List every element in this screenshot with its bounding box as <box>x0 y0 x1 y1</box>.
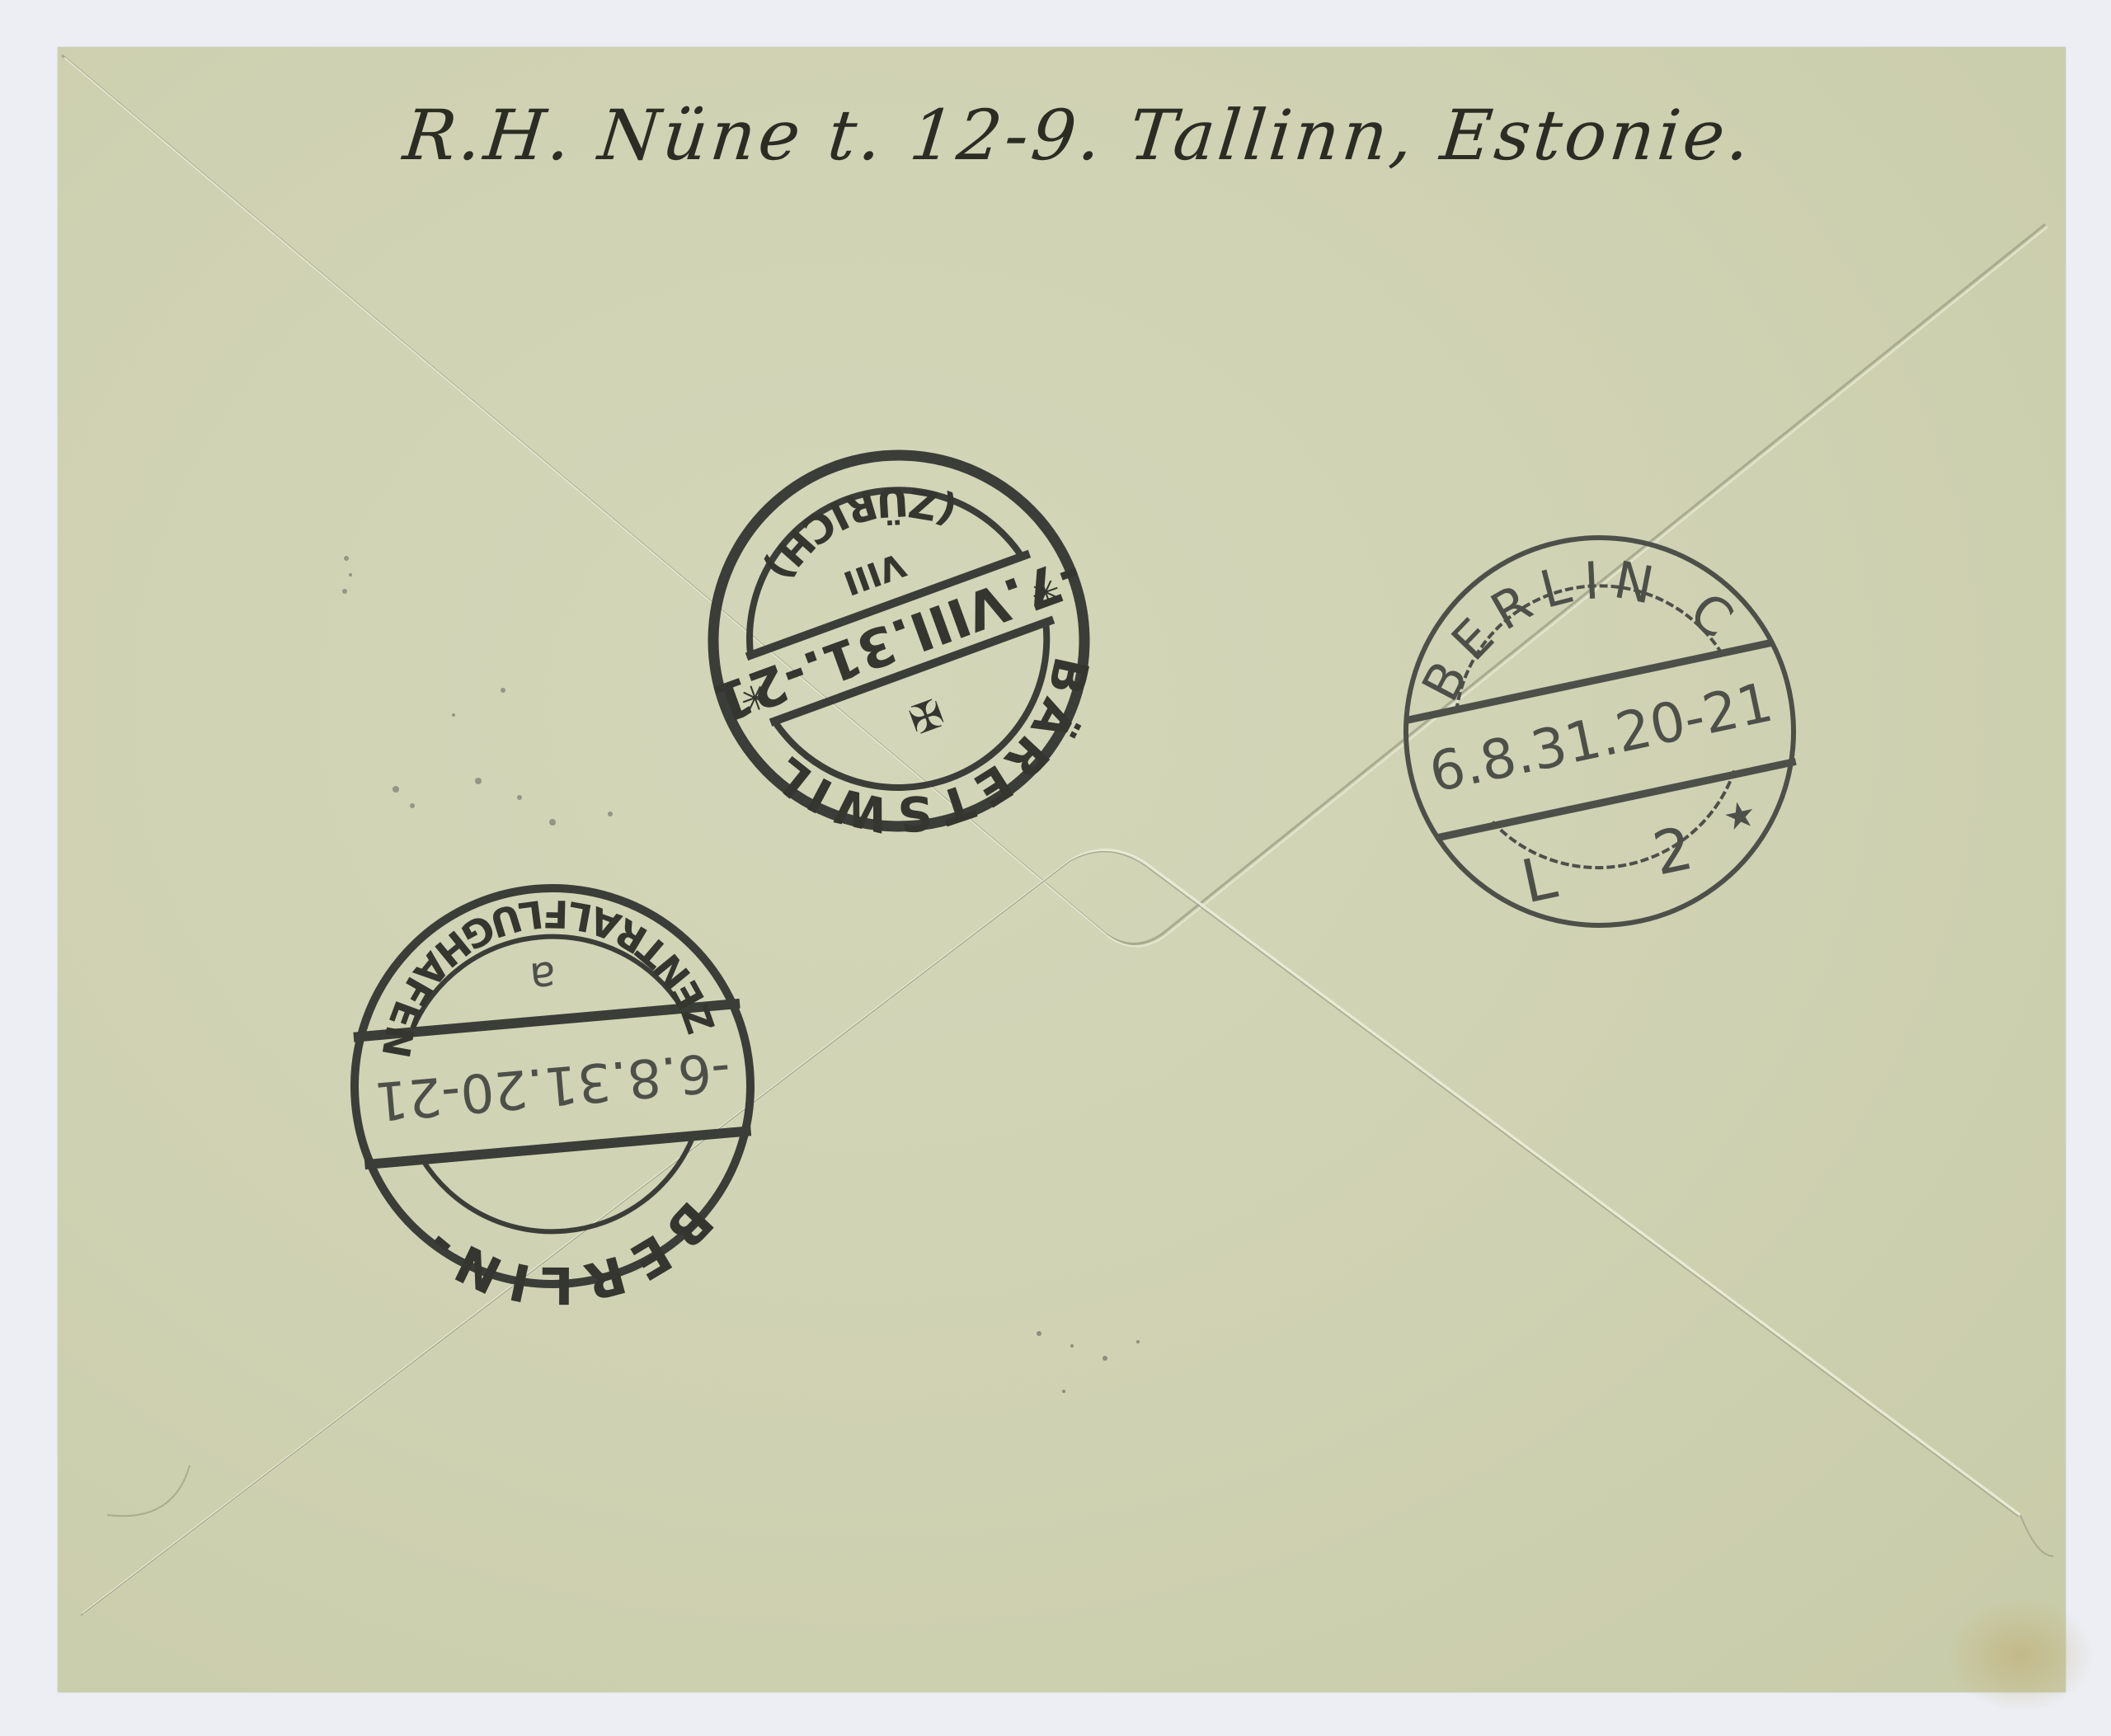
stain <box>1946 1597 2095 1713</box>
postmark-berlin-zentralflughafen: BERLIN- ZENTRALFLUGHAFEN -6.8.31.20-21 a <box>330 863 775 1312</box>
postmark-zfh-city: BERLIN- <box>403 1187 731 1329</box>
return-address: R.H. Nüne t. 12-9. Tallinn, Estonie. <box>400 95 1757 176</box>
swiss-cross-icon: ✠ <box>902 688 949 742</box>
postmark-baretswil: BÄRETSWIL (ZÜRICH) -7.VIII.31.-21 VIII ✠… <box>684 426 1113 859</box>
postmark-berlin-c-date: 6.8.31.20-21 <box>1424 670 1778 805</box>
postmark-berlin-c: BERLIN C 6.8.31.20-21 L 2 ★ <box>1385 517 1814 949</box>
faint-offset-marks <box>305 509 717 855</box>
postmark-zfh-date: -6.8.31.20-21 <box>372 1039 733 1131</box>
svg-text:BERLIN-: BERLIN- <box>403 1187 731 1329</box>
postmark-baretswil-hour: VIII <box>839 545 910 602</box>
envelope: R.H. Nüne t. 12-9. Tallinn, Estonie. BÄR… <box>58 47 2066 1692</box>
postmark-berlin-c-office: L 2 <box>1516 805 1739 917</box>
faint-offset-marks <box>1023 1309 1187 1433</box>
postmark-zfh-sub: a <box>528 951 558 1003</box>
